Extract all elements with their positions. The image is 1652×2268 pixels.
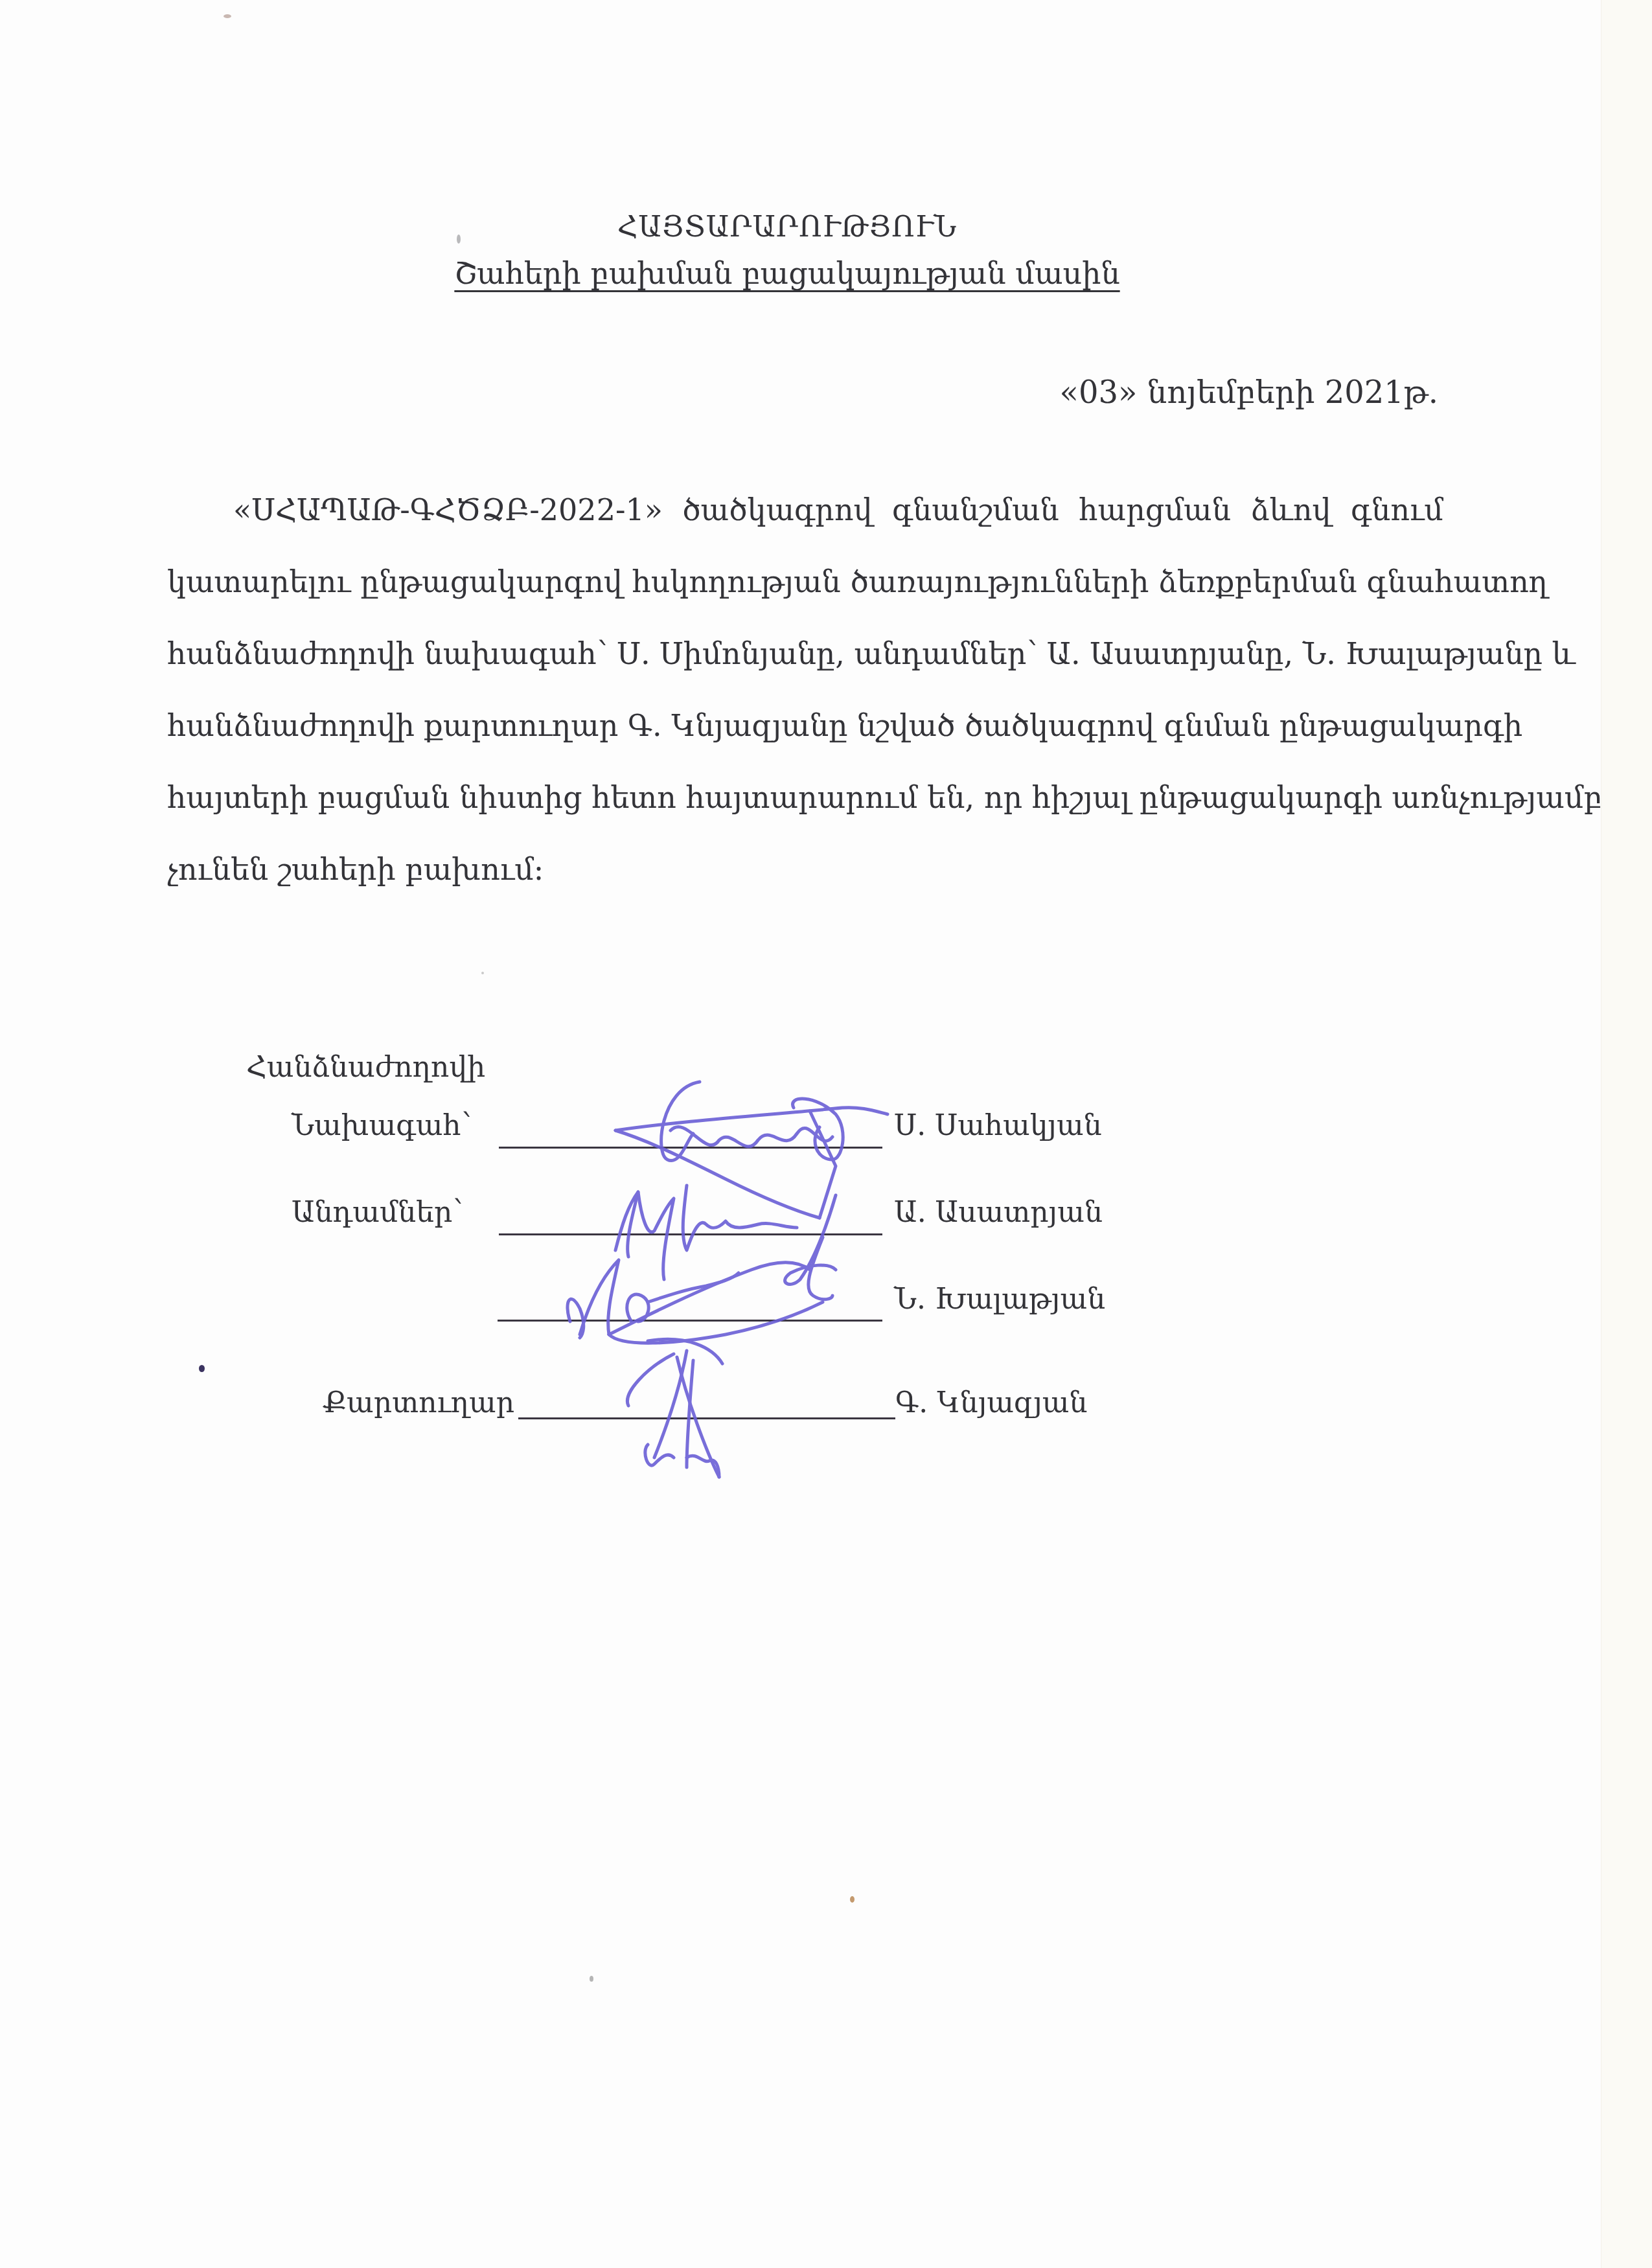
signature-role-label: Քարտուղար <box>323 1386 514 1419</box>
signature-line <box>499 1147 882 1149</box>
signature-role-label: Անդամներ՝ <box>292 1196 463 1229</box>
document-title: ՀԱՅՏԱՐԱՐՈՒԹՅՈՒՆ <box>0 211 1613 244</box>
document-subtitle: Շահերի բախման բացակայության մասին <box>0 256 1613 291</box>
paragraph-line: հայտերի բացման նիստից հետո հայտարարում ե… <box>167 762 1443 834</box>
signatory-name: Ա. Ասատրյան <box>894 1196 1103 1229</box>
paragraph-line: հանձնաժողովի քարտուղար Գ. Կնյազյանը նշվա… <box>167 690 1443 762</box>
signatory-name: Ս. Սահակյան <box>894 1109 1102 1142</box>
signatures-heading: Հանձնաժողովի <box>246 1051 485 1084</box>
document-date: «03» նոյեմբերի 2021թ. <box>1060 374 1438 411</box>
scan-speck <box>481 972 484 974</box>
signature-row-member-2: Ն. Խալաթյան <box>0 1283 1652 1322</box>
document-subtitle-text: Շահերի բախման բացակայության մասին <box>454 256 1119 291</box>
signature-row-chair: Նախագահ՝ Ս. Սահակյան <box>0 1109 1652 1148</box>
signature-line <box>518 1417 895 1419</box>
scan-speck <box>850 1896 855 1903</box>
document-page: ՀԱՅՏԱՐԱՐՈՒԹՅՈՒՆ Շահերի բախման բացակայութ… <box>0 0 1652 2268</box>
paragraph-line: «ՍՀԱՊԱԹ-ԳՀԾՁԲ-2022-1» ծածկագրով գնանշման… <box>167 474 1443 546</box>
scan-speck <box>224 14 231 18</box>
signature-row-secretary: Քարտուղար Գ. Կնյազյան <box>0 1386 1652 1425</box>
signatory-name: Ն. Խալաթյան <box>894 1283 1105 1316</box>
paragraph-line: չունեն շահերի բախում: <box>167 834 1443 906</box>
declaration-paragraph: «ՍՀԱՊԱԹ-ԳՀԾՁԲ-2022-1» ծածկագրով գնանշման… <box>167 474 1443 906</box>
paragraph-line: հանձնաժողովի նախագահ՝ Ս. Սիմոնյանը, անդա… <box>167 618 1443 690</box>
scan-speck <box>590 1976 593 1982</box>
signature-role-label: Նախագահ՝ <box>292 1109 472 1142</box>
signature-row-member-1: Անդամներ՝ Ա. Ասատրյան <box>0 1196 1652 1235</box>
paragraph-line: կատարելու ընթացակարգով հսկողության ծառայ… <box>167 546 1443 618</box>
signature-line <box>498 1320 882 1322</box>
signatory-name: Գ. Կնյազյան <box>895 1386 1088 1419</box>
scan-speck <box>199 1365 205 1372</box>
signature-line <box>499 1233 882 1235</box>
